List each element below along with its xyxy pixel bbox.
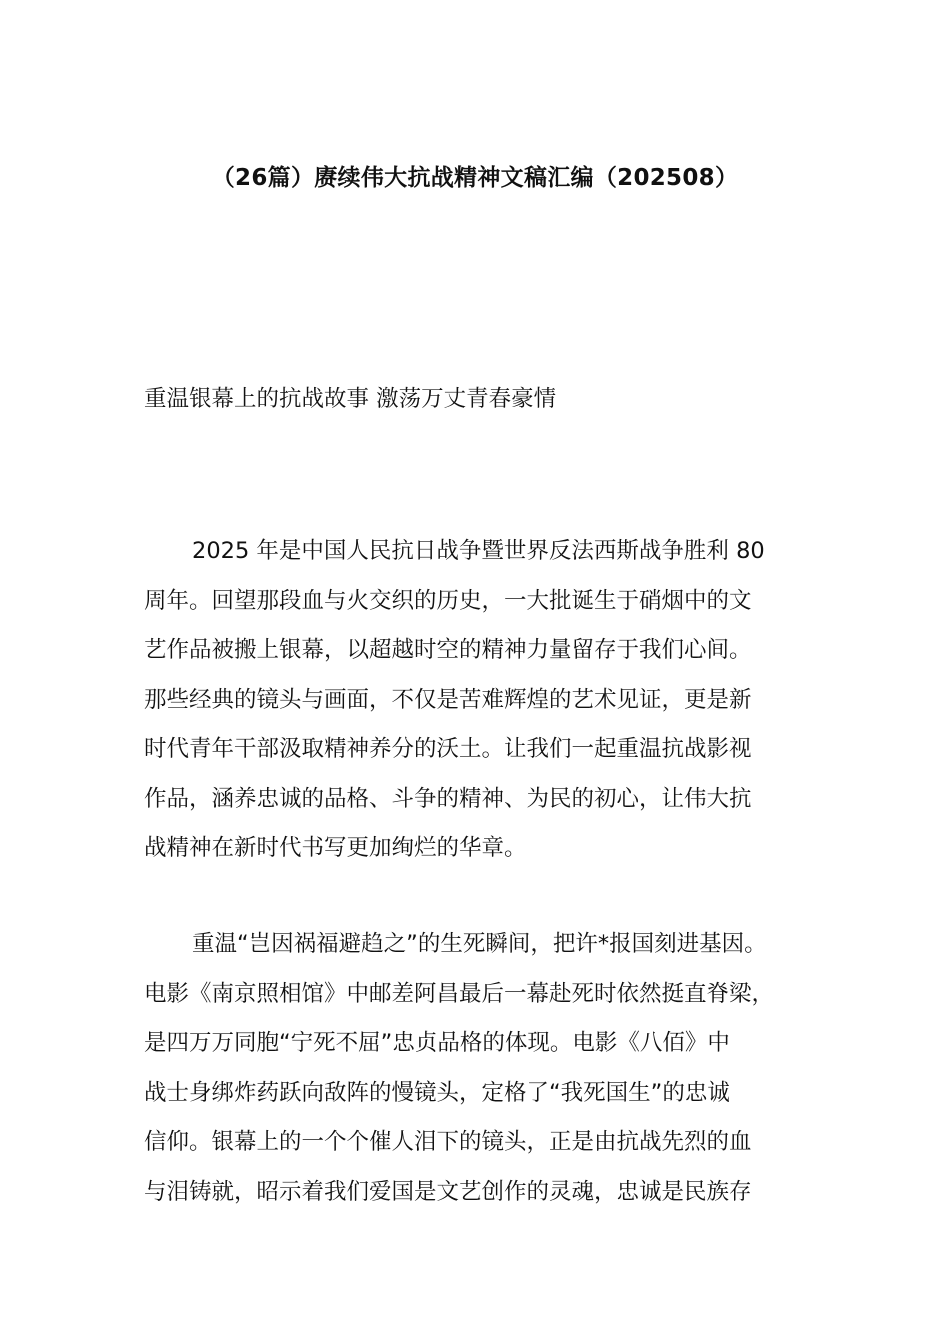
paragraph-line: 电影《南京照相馆》中邮差阿昌最后一幕赴死时依然挺直脊梁， bbox=[144, 970, 834, 1020]
section-heading: 重温银幕上的抗战故事 激荡万丈青春豪情 bbox=[144, 381, 556, 417]
document-page: （26篇）赓续伟大抗战精神文稿汇编（202508） 重温银幕上的抗战故事 激荡万… bbox=[0, 0, 950, 1344]
paragraph-line: 重温“岂因祸福避趋之”的生死瞬间，把许*报国刻进基因。 bbox=[144, 920, 834, 970]
paragraph-line: 战士身绑炸药跃向敌阵的慢镜头，定格了“我死国生”的忠诚 bbox=[144, 1069, 834, 1119]
paragraph-line: 信仰。银幕上的一个个催人泪下的镜头，正是由抗战先烈的血 bbox=[144, 1118, 834, 1168]
paragraph-intro: 2025 年是中国人民抗日战争暨世界反法西斯战争胜利 80 周年。回望那段血与火… bbox=[144, 527, 834, 874]
paragraph-line: 周年。回望那段血与火交织的历史，一大批诞生于硝烟中的文 bbox=[144, 577, 834, 627]
paragraph-line: 战精神在新时代书写更加绚烂的华章。 bbox=[144, 824, 834, 874]
paragraph-line: 2025 年是中国人民抗日战争暨世界反法西斯战争胜利 80 bbox=[144, 527, 834, 577]
paragraph-line: 与泪铸就，昭示着我们爱国是文艺创作的灵魂，忠诚是民族存 bbox=[144, 1168, 834, 1218]
paragraph-line: 艺作品被搬上银幕，以超越时空的精神力量留存于我们心间。 bbox=[144, 626, 834, 676]
paragraph-line: 那些经典的镜头与画面，不仅是苦难辉煌的艺术见证，更是新 bbox=[144, 676, 834, 726]
paragraph-line: 时代青年干部汲取精神养分的沃土。让我们一起重温抗战影视 bbox=[144, 725, 834, 775]
paragraph-loyalty: 重温“岂因祸福避趋之”的生死瞬间，把许*报国刻进基因。 电影《南京照相馆》中邮差… bbox=[144, 920, 834, 1217]
document-title: （26篇）赓续伟大抗战精神文稿汇编（202508） bbox=[0, 160, 950, 196]
paragraph-line: 作品，涵养忠诚的品格、斗争的精神、为民的初心，让伟大抗 bbox=[144, 775, 834, 825]
paragraph-line: 是四万万同胞“宁死不屈”忠贞品格的体现。电影《八佰》中 bbox=[144, 1019, 834, 1069]
